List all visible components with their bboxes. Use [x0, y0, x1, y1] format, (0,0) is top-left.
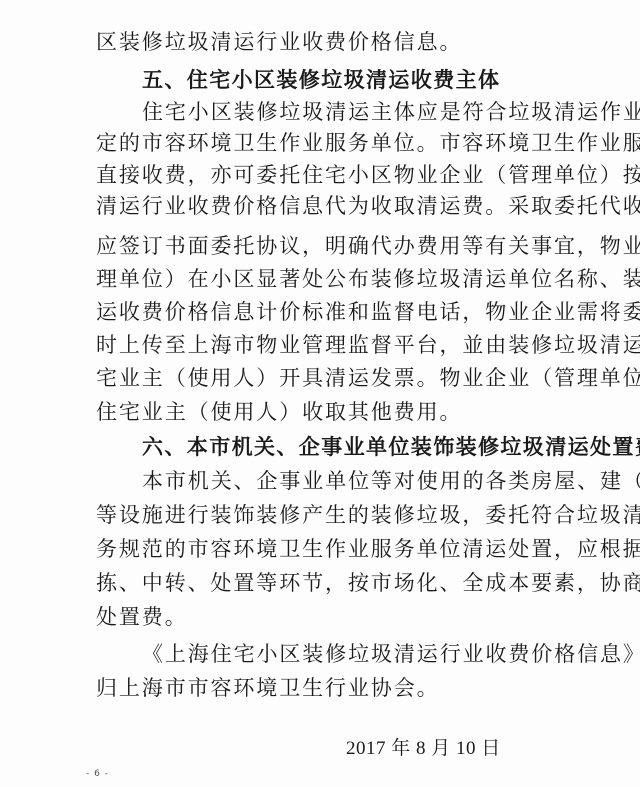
paragraph-line: 住宅业主（使用人）收取其他费用。: [96, 400, 544, 424]
paragraph-line: 理单位）在小区显著处公布装修垃圾清运单位名称、装修垃圾清: [96, 267, 544, 291]
paragraph-line: 处置费。: [96, 605, 544, 629]
paragraph-line: 运收费价格信息计价标准和监督电话，物业企业需将委托协议及: [96, 300, 544, 324]
document-date: 2017 年 8 月 10 日: [346, 733, 501, 760]
paragraph-line: 本市机关、企事业单位等对使用的各类房屋、建（构）筑物: [142, 469, 544, 493]
paragraph-line: 应签订书面委托协议，明确代办费用等有关事宜，物业企业（管: [96, 234, 544, 258]
section-heading-5: 五、住宅小区装修垃圾清运收费主体: [142, 68, 544, 92]
section-heading-6: 六、本市机关、企事业单位装饰装修垃圾清运处置费: [142, 435, 544, 459]
paragraph-line: 归上海市市容环境卫生行业协会。: [96, 676, 544, 700]
text-line-continuation: 区装修垃圾清运行业收费价格信息。: [96, 30, 544, 54]
paragraph-line: 《上海住宅小区装修垃圾清运行业收费价格信息》的解释权: [142, 642, 544, 666]
paragraph-line: 拣、中转、处置等环节，按市场化、全成本要素，协商收取清运: [96, 571, 544, 595]
page-number: - 6 -: [86, 769, 109, 779]
paragraph-line: 清运行业收费价格信息代为收取清运费。采取委托代收的，双方: [96, 194, 544, 218]
paragraph-line: 直接收费，亦可委托住宅小区物业企业（管理单位）按装修垃圾: [96, 163, 544, 187]
paragraph-line: 时上传至上海市物业管理监督平台，並由装修垃圾清运单位向住: [96, 333, 544, 357]
paragraph-line: 宅业主（使用人）开具清运发票。物业企业（管理单位）不得向: [96, 366, 544, 390]
paragraph-line: 务规范的市容环境卫生作业服务单位清运处置，应根据清运、分: [96, 537, 544, 561]
paragraph-line: 等设施进行装饰装修产生的装修垃圾，委托符合垃圾清运作业服: [96, 503, 544, 527]
paragraph-line: 定的市容环境卫生作业服务单位。市容环境卫生作业服务单位可: [96, 131, 544, 155]
paragraph-line: 住宅小区装修垃圾清运主体应是符合垃圾清运作业服务规: [142, 100, 544, 124]
document-page: 区装修垃圾清运行业收费价格信息。 五、住宅小区装修垃圾清运收费主体 住宅小区装修…: [0, 0, 640, 787]
